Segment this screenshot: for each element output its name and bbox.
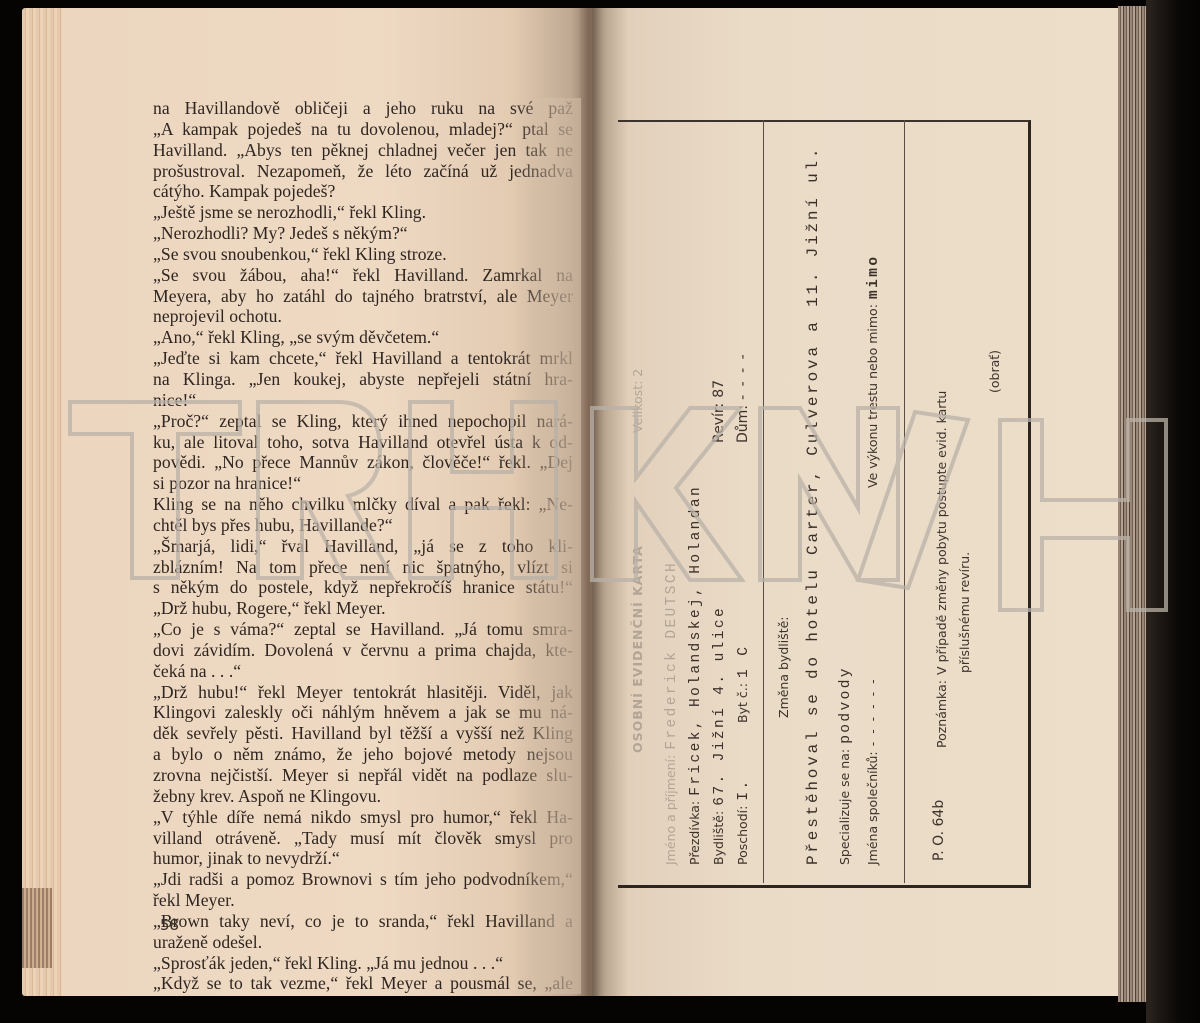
prose-line: zrovna nejčistší. Meyer si nepřál vidět … (153, 765, 573, 786)
prose-line: řekl Meyer. (153, 890, 573, 911)
card-section-notes: P. O. 64b Poznámka: V případě změny poby… (904, 120, 1029, 883)
card-field-name: Jméno a příjmení: Frederick DEUTSCH (660, 561, 680, 865)
prose-line: Klingovi zaleskly oči náhlým hněvem a ja… (153, 702, 573, 723)
prose-line: „Šmarjá, lidi,“ řval Havilland, „já se z… (153, 536, 573, 557)
card-turn-over: (obrať) (987, 350, 1002, 393)
prose-line: neprojevil ochotu. (153, 306, 573, 327)
left-page-stack (22, 8, 66, 996)
prose-line: „Ano,“ řekl Kling, „se svým děvčetem.“ (153, 327, 573, 348)
prose-line: chtěl bys přes hubu, Havillande?“ (153, 515, 573, 536)
prose-line: žebny krev. Aspoň ne Klingovu. (153, 786, 573, 807)
prose-line: „Sprosťák jeden,“ řekl Kling. „Já mu jed… (153, 953, 573, 974)
prose-line: „Když se to tak vezme,“ řekl Meyer a pou… (153, 973, 573, 994)
open-book-spread: na Havillandově obličeji a jeho ruku na … (0, 0, 1200, 1023)
card-header: OSOBNÍ EVIDENČNÍ KARTA (630, 545, 645, 753)
card-field-change-label: Změna bydliště: (776, 616, 791, 718)
page-number: 58 (160, 916, 179, 934)
prose-line: na Havillandově obličeji a jeho ruku na … (153, 98, 573, 119)
card-note: Poznámka: V případě změny pobytu postupt… (931, 391, 950, 748)
prose-line: „Ještě jsme se nerozhodli,“ řekl Kling. (153, 202, 573, 223)
card-size: Velikost: 2 (630, 369, 645, 433)
prose-line: s někým do postele, když nepřekročíš hra… (153, 577, 573, 598)
prose-line: ku, ale litoval toho, sotva Havilland ot… (153, 432, 573, 453)
prose-line: zblázním! Na tom přece není nic špatnýho… (153, 557, 573, 578)
prose-line: prošustroval. Nezapomeň, že léto začíná … (153, 161, 573, 182)
book-gutter (578, 8, 600, 996)
card-field-precinct: Revír: 87 (708, 380, 727, 443)
card-section-identity: OSOBNÍ EVIDENČNÍ KARTA Velikost: 2 Jméno… (618, 120, 763, 883)
card-field-house: Dům: - - - - (732, 352, 751, 443)
card-field-nickname: Přezdívka: Fricek, Holandskej, Holandan (684, 485, 704, 865)
prose-line: „V týhle díře nemá nikdo smysl pro humor… (153, 807, 573, 828)
prose-line: villand otráveně. „Tady musí mít člověk … (153, 828, 573, 849)
prose-line: „Brown taky neví, co je to sranda,“ řekl… (153, 911, 573, 932)
card-field-change-value: Přestěhoval se do hotelu Carter, Culvero… (804, 146, 822, 865)
prose-line: dovi závidím. Dovolená v červnu a prima … (153, 640, 573, 661)
prose-line: cátýho. Kampak pojedeš? (153, 181, 573, 202)
prose-line: děk sevřely pěsti. Havilland byl těžší a… (153, 723, 573, 744)
prose-line: čeká na . . .“ (153, 661, 573, 682)
card-form-code: P. O. 64b (931, 800, 947, 861)
prose-line: „Jdi radši a pomoz Brownovi s tím jeho p… (153, 869, 573, 890)
card-field-flat: Byt č.: 1 C (732, 645, 752, 723)
card-section-activity: Změna bydliště: Přestěhoval se do hotelu… (763, 120, 905, 883)
prose-line: „Proč?“ zeptal se Kling, který ihned nep… (153, 411, 573, 432)
prose-line: Havilland. „Abys ten pěknej chladnej več… (153, 140, 573, 161)
prose-line: uraženě odešel. (153, 932, 573, 953)
prose-line: Kling se na něho chvilku mlčky díval a p… (153, 494, 573, 515)
card-field-sentence: Ve výkonu trestu nebo mimo: mimo (862, 255, 882, 488)
prose-line: „Co je s váma?“ zeptal se Havilland. „Já… (153, 619, 573, 640)
prose-line: a bylo o něm známo, že jeho bojové metod… (153, 744, 573, 765)
prose-line: „Nerozhodli? My? Jedeš s někým?“ (153, 223, 573, 244)
card-field-floor: Poschodí: I. (732, 778, 752, 865)
registration-card: OSOBNÍ EVIDENČNÍ KARTA Velikost: 2 Jméno… (618, 120, 1030, 885)
prose-line: „Se svou snoubenkou,“ řekl Kling stroze. (153, 244, 573, 265)
prose-line: povědi. „No přece Mannův zákon, člověče!… (153, 452, 573, 473)
card-field-specialty: Specializuje se na: podvody (834, 666, 854, 865)
card-field-residence: Bydliště: 67. Jižní 4. ulice (708, 606, 728, 865)
card-note-line2: příslušnému revíru. (957, 552, 972, 673)
prose-line: „Drž hubu, Rogere,“ řekl Meyer. (153, 598, 573, 619)
prose-line: „Jeďte si kam chcete,“ řekl Havilland a … (153, 348, 573, 369)
prose-line: „Se svou žábou, aha!“ řekl Havilland. Za… (153, 265, 573, 286)
prose-line: Meyera, aby ho zatáhl do tajného bratrst… (153, 286, 573, 307)
prose-line: „Drž hubu!“ řekl Meyer tentokrát hlasitě… (153, 682, 573, 703)
card-field-partners: Jména společníků: - - - - - - (862, 677, 881, 865)
prose-line: humor, jinak to nevydrží.“ (153, 848, 573, 869)
prose-text-block: na Havillandově obličeji a jeho ruku na … (153, 98, 573, 994)
right-page-stack (1118, 6, 1148, 1002)
prose-line: si pozor na hranice!“ (153, 473, 573, 494)
prose-line: „A kampak pojedeš na tu dovolenou, mlade… (153, 119, 573, 140)
prose-line: na Klinga. „Jen koukej, abyste nepřejeli… (153, 369, 573, 390)
prose-line: nice!“ (153, 390, 573, 411)
